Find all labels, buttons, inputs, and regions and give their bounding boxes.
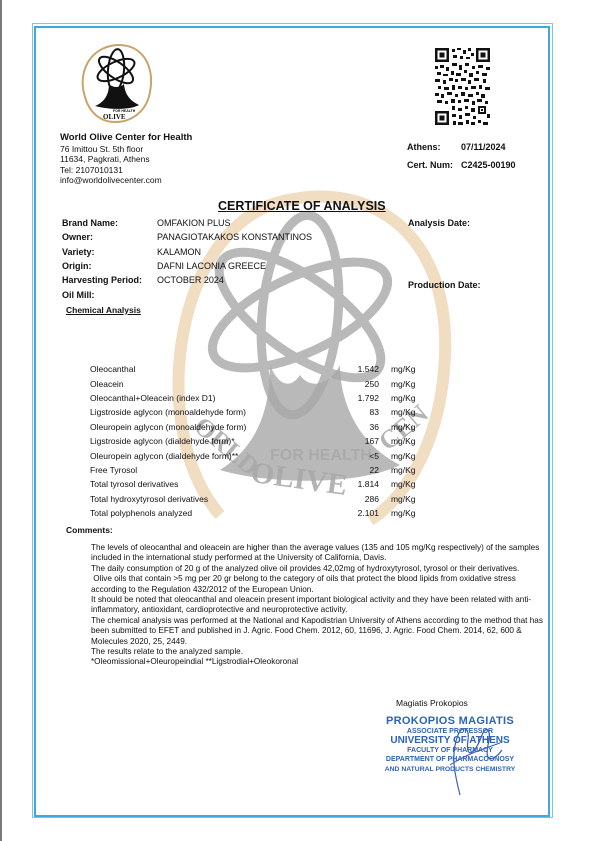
analysis-date-label: Analysis Date: bbox=[408, 218, 470, 228]
compound-name: Free Tyrosol bbox=[90, 465, 324, 475]
compound-value: 1.792 bbox=[324, 393, 379, 403]
qr-code-icon bbox=[435, 48, 490, 128]
compound-name: Oleuropein aglycon (monoaldehyde form) bbox=[90, 422, 324, 432]
compound-unit: mg/Kg bbox=[379, 422, 430, 432]
compound-name: Oleuropein aglycon (dialdehyde form)** bbox=[90, 451, 324, 461]
compound-unit: mg/Kg bbox=[379, 364, 430, 374]
compound-value: 22 bbox=[324, 465, 379, 475]
compound-value: 1.542 bbox=[324, 364, 379, 374]
table-row: Ligstroside aglycon (dialdehyde form)*16… bbox=[90, 434, 430, 448]
signer-name: Magiatis Prokopios bbox=[396, 698, 468, 708]
info-row-harvesting: Harvesting Period:OCTOBER 2024 bbox=[62, 273, 312, 287]
compound-unit: mg/Kg bbox=[379, 436, 430, 446]
table-row: Total tyrosol derivatives1.814mg/Kg bbox=[90, 477, 430, 491]
comment-paragraph: Olive oils that contain >5 mg per 20 gr … bbox=[91, 574, 551, 595]
compound-name: Total tyrosol derivatives bbox=[90, 479, 324, 489]
compound-unit: mg/Kg bbox=[379, 379, 430, 389]
sample-info: Brand Name:OMFAKION PLUS Owner:PANAGIOTA… bbox=[62, 216, 312, 302]
compound-unit: mg/Kg bbox=[379, 451, 430, 461]
svg-text:OLIVE: OLIVE bbox=[103, 113, 126, 121]
compound-unit: mg/Kg bbox=[379, 465, 430, 475]
address-line-2: 11634, Pagkrati, Athens bbox=[60, 154, 192, 165]
compound-name: Total polyphenols analyzed bbox=[90, 508, 324, 518]
certificate-meta: Athens: 07/11/2024 Cert. Num: C2425-0019… bbox=[407, 142, 516, 178]
info-row-oil-mill: Oil Mill: bbox=[62, 287, 312, 301]
comment-paragraph: *Oleomissional+Oleuropeindial **Ligstrod… bbox=[91, 657, 551, 667]
organization-block: World Olive Center for Health 76 Imittou… bbox=[60, 133, 192, 186]
compound-value: 250 bbox=[324, 379, 379, 389]
compound-name: Ligstroside aglycon (monoaldehyde form) bbox=[90, 407, 324, 417]
cert-number: C2425-00190 bbox=[461, 160, 516, 178]
table-row: Ligstroside aglycon (monoaldehyde form)8… bbox=[90, 405, 430, 419]
compound-value: 83 bbox=[324, 407, 379, 417]
compound-name: Oleacein bbox=[90, 379, 324, 389]
compound-value: <5 bbox=[324, 451, 379, 461]
issue-date: 07/11/2024 bbox=[461, 142, 506, 160]
comment-paragraph: The levels of oleocanthal and oleacein a… bbox=[91, 543, 551, 564]
results-table: Oleocanthal1.542mg/KgOleacein250mg/KgOle… bbox=[90, 362, 430, 520]
table-row: Total hydroxytyrosol derivatives286mg/Kg bbox=[90, 492, 430, 506]
compound-unit: mg/Kg bbox=[379, 479, 430, 489]
compound-name: Total hydroxytyrosol derivatives bbox=[90, 494, 324, 504]
table-row: Oleocanthal1.542mg/Kg bbox=[90, 362, 430, 376]
compound-value: 286 bbox=[324, 494, 379, 504]
table-row: Free Tyrosol22mg/Kg bbox=[90, 463, 430, 477]
compound-name: Ligstroside aglycon (dialdehyde form)* bbox=[90, 436, 324, 446]
organization-name: World Olive Center for Health bbox=[60, 133, 192, 144]
world-olive-center-logo-icon: FOR HEALTH OLIVE bbox=[75, 42, 157, 124]
compound-unit: mg/Kg bbox=[379, 407, 430, 417]
compound-value: 36 bbox=[324, 422, 379, 432]
compound-unit: mg/Kg bbox=[379, 494, 430, 504]
info-row-variety: Variety:KALAMON bbox=[62, 245, 312, 259]
table-row: Oleacein250mg/Kg bbox=[90, 376, 430, 390]
production-date-label: Production Date: bbox=[408, 280, 481, 290]
info-row-owner: Owner:PANAGIOTAKAKOS KONSTANTINOS bbox=[62, 230, 312, 244]
comment-paragraph: It should be noted that oleocanthal and … bbox=[91, 595, 551, 616]
table-row: Oleuropein aglycon (monoaldehyde form)36… bbox=[90, 420, 430, 434]
document-title: CERTIFICATE OF ANALYSIS bbox=[218, 199, 386, 213]
place-label: Athens: bbox=[407, 142, 461, 160]
compound-name: Oleocanthal bbox=[90, 364, 324, 374]
email: info@worldolivecenter.com bbox=[60, 175, 192, 186]
compound-value: 1.814 bbox=[324, 479, 379, 489]
address-line-1: 76 Imittou St. 5th floor bbox=[60, 144, 192, 155]
compound-value: 2.101 bbox=[324, 508, 379, 518]
compound-unit: mg/Kg bbox=[379, 393, 430, 403]
table-row: Oleocanthal+Oleacein (index D1)1.792mg/K… bbox=[90, 391, 430, 405]
page-edge bbox=[0, 0, 2, 841]
table-row: Oleuropein aglycon (dialdehyde form)**<5… bbox=[90, 448, 430, 462]
signature-icon bbox=[420, 715, 510, 800]
info-row-origin: Origin:DAFNI LACONIA GREECE bbox=[62, 259, 312, 273]
table-row: Total polyphenols analyzed2.101mg/Kg bbox=[90, 506, 430, 520]
comment-paragraph: The chemical analysis was performed at t… bbox=[91, 616, 551, 647]
comment-paragraph: The daily consumption of 20 g of the ana… bbox=[91, 564, 551, 574]
info-row-brand: Brand Name:OMFAKION PLUS bbox=[62, 216, 312, 230]
compound-name: Oleocanthal+Oleacein (index D1) bbox=[90, 393, 324, 403]
comments-heading: Comments: bbox=[66, 525, 113, 535]
comments-body: The levels of oleocanthal and oleacein a… bbox=[91, 543, 551, 668]
phone: Tel: 2107010131 bbox=[60, 165, 192, 176]
chemical-analysis-heading: Chemical Analysis bbox=[66, 305, 141, 315]
comment-paragraph: The results relate to the analyzed sampl… bbox=[91, 647, 551, 657]
compound-unit: mg/Kg bbox=[379, 508, 430, 518]
compound-value: 167 bbox=[324, 436, 379, 446]
cert-number-label: Cert. Num: bbox=[407, 160, 461, 178]
